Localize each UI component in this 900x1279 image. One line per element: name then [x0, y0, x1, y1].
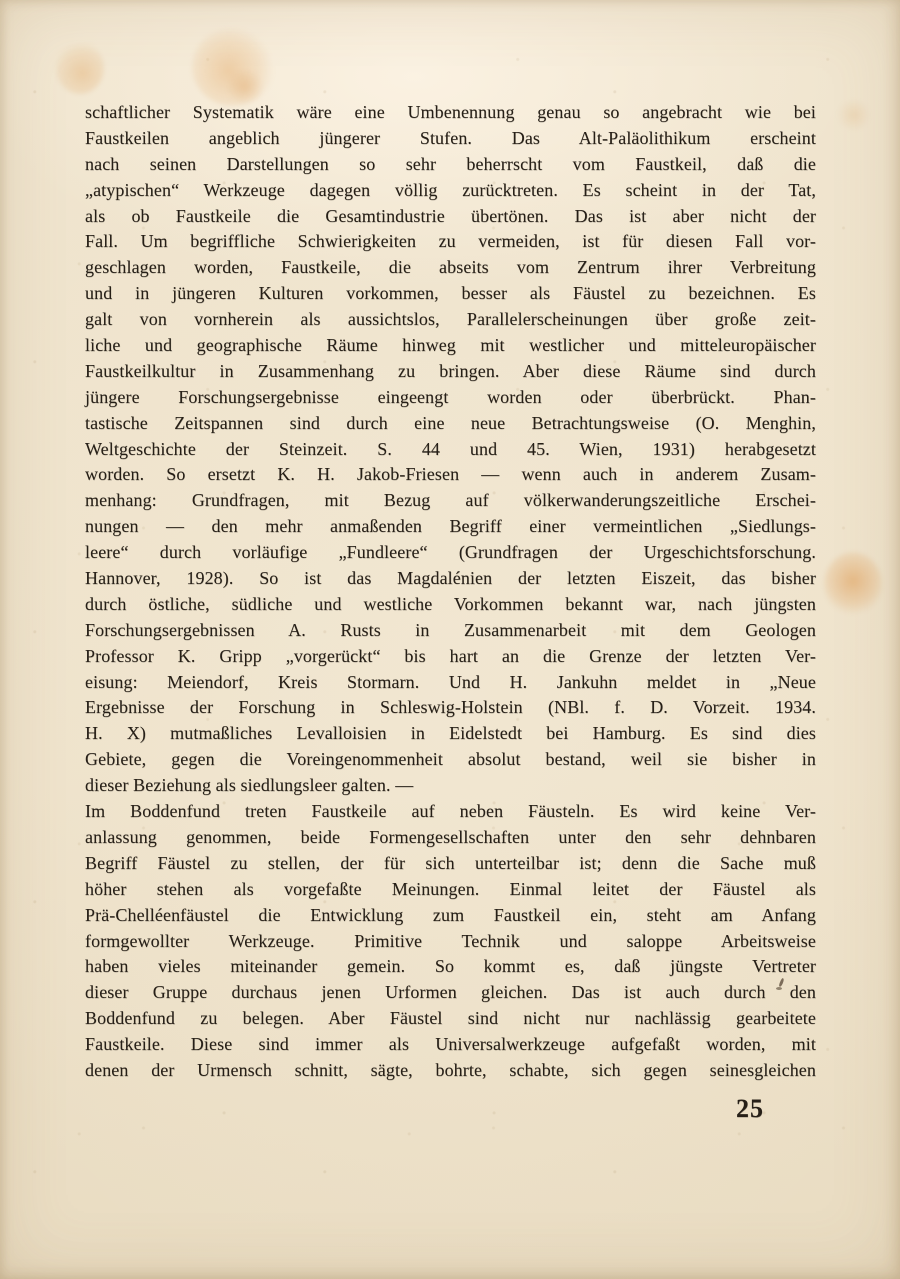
- text-line: Professor K. Gripp „vorgerückt“ bis hart…: [85, 644, 816, 670]
- text-line: „atypischen“ Werkzeuge dagegen völlig zu…: [85, 178, 816, 204]
- text-line: Fall. Um begriffliche Schwierigkeiten zu…: [85, 229, 816, 255]
- text-line: geschlagen worden, Faustkeile, die absei…: [85, 255, 816, 281]
- foxing-stain: [824, 552, 882, 616]
- text-line: Forschungsergebnissen A. Rusts in Zusamm…: [85, 618, 816, 644]
- text-line: Ergebnisse der Forschung in Schleswig-Ho…: [85, 695, 816, 721]
- text-line: Begriff Fäustel zu stellen, der für sich…: [85, 851, 816, 877]
- text-line: formgewollter Werkzeuge. Primitive Techn…: [85, 929, 816, 955]
- text-line: Faustkeilen angeblich jüngerer Stufen. D…: [85, 126, 816, 152]
- text-line: haben vieles miteinander gemein. So komm…: [85, 954, 816, 980]
- text-line: eisung: Meiendorf, Kreis Stormarn. Und H…: [85, 670, 816, 696]
- text-line: liche und geographische Räume hinweg mit…: [85, 333, 816, 359]
- foxing-stain: [192, 28, 274, 106]
- text-line: tastische Zeitspannen sind durch eine ne…: [85, 411, 816, 437]
- text-line: Prä-Chelléenfäustel die Entwicklung zum …: [85, 903, 816, 929]
- text-line: worden. So ersetzt K. H. Jakob-Friesen —…: [85, 462, 816, 488]
- text-line: als ob Faustkeile die Gesamtindustrie üb…: [85, 204, 816, 230]
- foxing-stain: [225, 70, 265, 104]
- text-line: schaftlicher Systematik wäre eine Umbene…: [85, 100, 816, 126]
- text-line: Faustkeilkultur in Zusammenhang zu bring…: [85, 359, 816, 385]
- text-block: schaftlicher Systematik wäre eine Umbene…: [85, 100, 816, 1084]
- text-line: nungen — den mehr anmaßenden Begriff ein…: [85, 514, 816, 540]
- text-line: Gebiete, gegen die Voreingenommenheit ab…: [85, 747, 816, 773]
- text-line: jüngere Forschungsergebnisse eingeengt w…: [85, 385, 816, 411]
- page-number: 25: [720, 1094, 780, 1124]
- text-line: Faustkeile. Diese sind immer als Univers…: [85, 1032, 816, 1058]
- text-line: Im Boddenfund treten Faustkeile auf nebe…: [85, 799, 816, 825]
- text-line: menhang: Grundfragen, mit Bezug auf völk…: [85, 488, 816, 514]
- text-line: nach seinen Darstellungen so sehr beherr…: [85, 152, 816, 178]
- scanned-book-page: schaftlicher Systematik wäre eine Umbene…: [0, 0, 900, 1279]
- text-line: und in jüngeren Kulturen vorkommen, bess…: [85, 281, 816, 307]
- foxing-stain: [836, 100, 872, 130]
- text-line: galt von vornherein als aussichtslos, Pa…: [85, 307, 816, 333]
- text-line: Hannover, 1928). So ist das Magdalénien …: [85, 566, 816, 592]
- text-line: Weltgeschichte der Steinzeit. S. 44 und …: [85, 437, 816, 463]
- text-line: Boddenfund zu belegen. Aber Fäustel sind…: [85, 1006, 816, 1032]
- text-line: höher stehen als vorgefaßte Meinungen. E…: [85, 877, 816, 903]
- text-line: durch östliche, südliche und westliche V…: [85, 592, 816, 618]
- text-line: denen der Urmensch schnitt, sägte, bohrt…: [85, 1058, 816, 1084]
- text-line: dieser Gruppe durchaus jenen Urformen gl…: [85, 980, 816, 1006]
- text-line: H. X) mutmaßliches Levalloisien in Eidel…: [85, 721, 816, 747]
- text-line: anlassung genommen, beide Formengesellsc…: [85, 825, 816, 851]
- foxing-stain: [56, 42, 104, 94]
- text-line: dieser Beziehung als siedlungsleer galte…: [85, 773, 816, 799]
- text-line: leere“ durch vorläufige „Fundleere“ (Gru…: [85, 540, 816, 566]
